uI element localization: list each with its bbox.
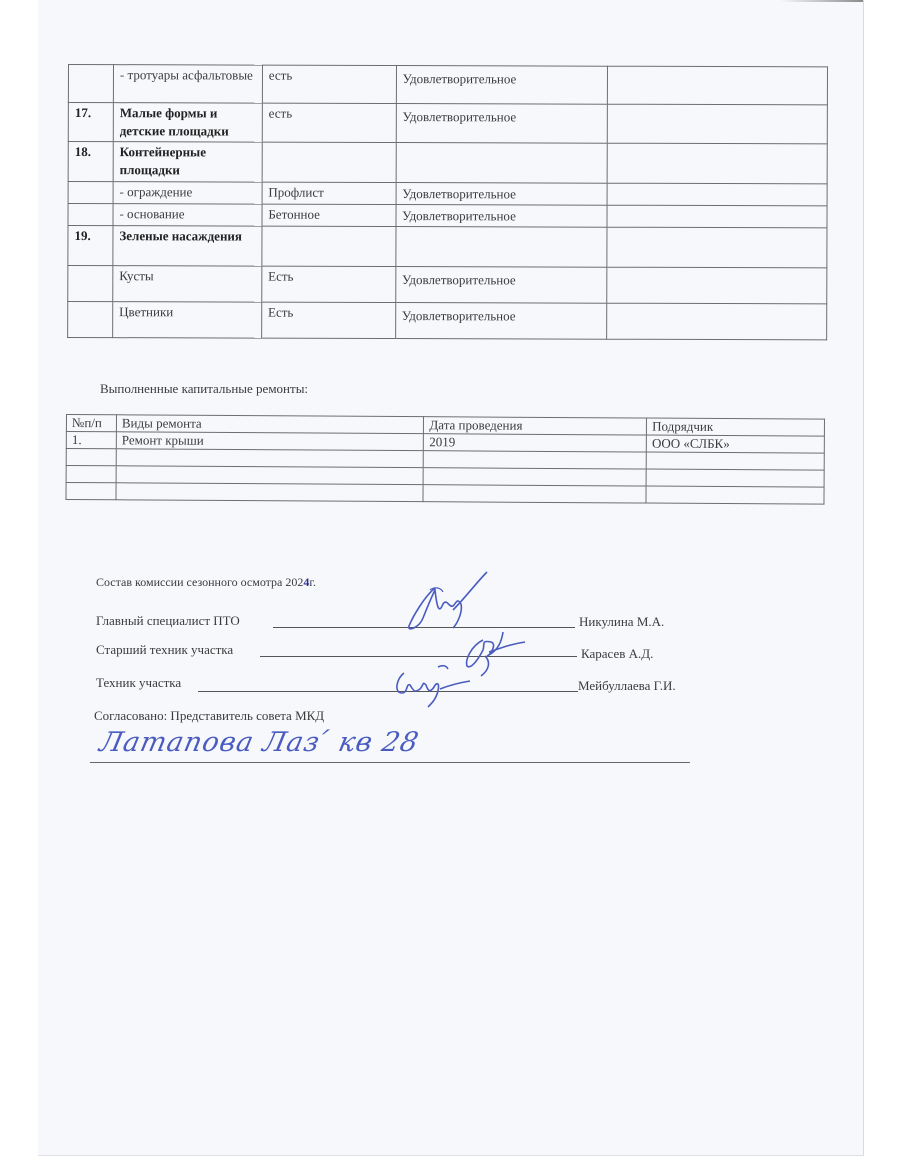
item-condition: Удовлетворительное — [396, 104, 608, 144]
item-presence — [262, 226, 396, 266]
member-role-1: Главный специалист ПТО — [96, 613, 240, 629]
table-row: КустыЕстьУдовлетворительное — [68, 266, 827, 304]
page-edge — [780, 0, 863, 2]
item-condition: Удовлетворительное — [396, 205, 608, 228]
table-cell — [646, 469, 824, 487]
column-header: Дата проведения — [424, 417, 647, 435]
row-number — [68, 204, 113, 226]
item-condition — [396, 227, 608, 268]
table-cell — [116, 483, 424, 502]
table-cell: 1. — [66, 432, 116, 449]
member-name-3: Мейбуллаева Г.И. — [578, 678, 676, 694]
item-presence: Профлист — [262, 182, 396, 204]
representative-line — [90, 762, 690, 763]
table-row: 19.Зеленые насаждения — [68, 226, 827, 268]
item-note — [608, 66, 828, 105]
table-cell: Ремонт крыши — [116, 432, 424, 451]
row-number — [68, 182, 113, 204]
agreed-label: Согласовано: Представитель совета МКД — [94, 708, 324, 724]
item-condition: Удовлетворительное — [395, 267, 607, 304]
item-note — [607, 303, 827, 340]
item-note — [608, 183, 828, 206]
item-name: Кусты — [113, 266, 262, 302]
member-name-2: Карасев А.Д. — [581, 646, 653, 662]
item-name: - тротуары асфальтовые — [113, 65, 262, 103]
item-condition — [396, 143, 608, 184]
column-header: №п/п — [66, 415, 116, 432]
inspection-table: - тротуары асфальтовыеестьУдовлетворител… — [67, 64, 828, 340]
item-note — [607, 227, 827, 268]
item-name: Цветники — [113, 302, 262, 338]
item-name: Малые формы и детские площадки — [113, 103, 262, 142]
row-number: 19. — [68, 226, 113, 266]
repairs-heading: Выполненные капитальные ремонты: — [100, 381, 308, 397]
table-cell: ООО «СЛБК» — [646, 435, 824, 453]
table-row: 17.Малые формы и детские площадкиестьУдо… — [68, 103, 827, 144]
table-cell — [424, 451, 647, 469]
row-number: 17. — [68, 103, 113, 142]
table-cell — [66, 449, 116, 466]
table-cell — [646, 452, 824, 470]
member-name-1: Никулина М.А. — [579, 614, 664, 630]
item-note — [607, 205, 827, 228]
table-cell — [646, 486, 824, 504]
commission-heading: Состав комиссии сезонного осмотра 2024г. — [96, 575, 316, 590]
row-number — [68, 65, 113, 103]
item-presence: Есть — [262, 266, 396, 302]
item-note — [608, 143, 828, 184]
table-row: ЦветникиЕстьУдовлетворительное — [68, 302, 827, 340]
member-role-2: Старший техник участка — [96, 642, 233, 658]
table-cell — [424, 468, 647, 486]
column-header: Виды ремонта — [116, 415, 424, 434]
signature-line-3 — [198, 691, 578, 692]
column-header: Подрядчик — [647, 418, 825, 436]
item-name: - ограждение — [113, 182, 262, 204]
item-presence — [262, 142, 396, 182]
table-cell — [116, 466, 424, 485]
table-cell — [66, 483, 116, 500]
item-condition: Удовлетворительное — [396, 183, 608, 206]
row-number — [68, 302, 113, 338]
member-role-3: Техник участка — [96, 675, 181, 691]
table-row: 18.Контейнерные площадки — [68, 142, 827, 184]
item-name: Зеленые насаждения — [113, 226, 262, 266]
table-cell — [423, 485, 646, 503]
item-name: Контейнерные площадки — [113, 142, 262, 182]
table-cell: 2019 — [424, 434, 647, 452]
item-presence: есть — [262, 103, 396, 142]
item-note — [608, 104, 828, 144]
table-row: - тротуары асфальтовыеестьУдовлетворител… — [68, 65, 827, 105]
row-number: 18. — [68, 142, 113, 182]
table-cell — [66, 466, 116, 483]
item-presence: Бетонное — [262, 204, 396, 226]
table-row: - ограждениеПрофлистУдовлетворительное — [68, 182, 827, 206]
item-condition: Удовлетворительное — [396, 66, 608, 105]
item-name: - основание — [113, 204, 262, 226]
repairs-table: №п/пВиды ремонтаДата проведенияПодрядчик… — [65, 414, 825, 505]
table-row: - основаниеБетонноеУдовлетворительное — [68, 204, 827, 228]
item-presence: есть — [262, 65, 396, 103]
table-cell — [116, 449, 424, 468]
row-number — [68, 266, 113, 302]
signature-meibullaeva-icon — [392, 663, 487, 708]
item-condition: Удовлетворительное — [395, 303, 607, 340]
item-presence: Есть — [261, 302, 395, 338]
item-note — [607, 267, 827, 304]
handwritten-representative: Латапова Лаз ́ кв 28 — [97, 727, 422, 758]
